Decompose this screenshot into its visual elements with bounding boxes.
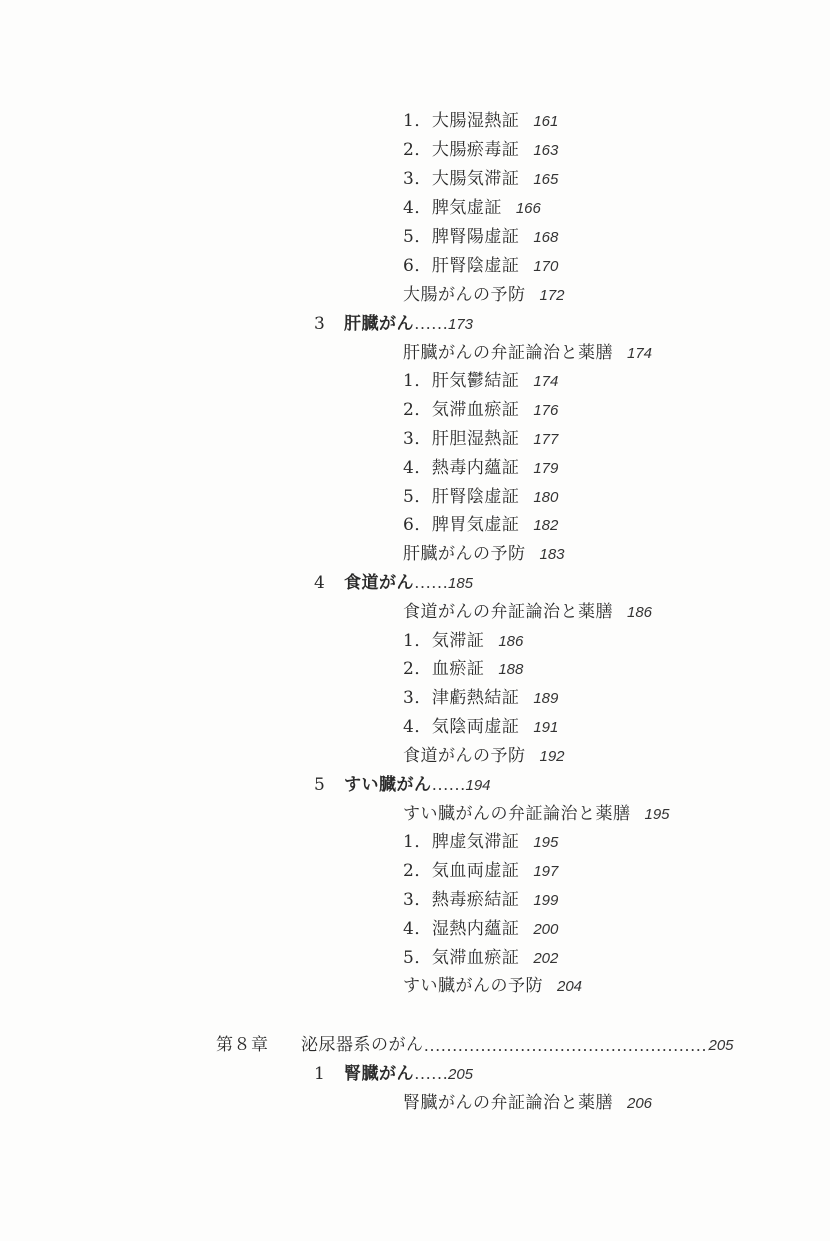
section-title: すい臓がん (344, 774, 432, 796)
page-number: 185 (448, 575, 473, 592)
toc-entry[interactable]: 4．湿熱内蘊証200 (403, 918, 558, 941)
entry-title: 4．気陰両虚証 (403, 716, 519, 738)
entry-title: 4．熱毒内蘊証 (403, 457, 519, 479)
toc-section-esophageal-cancer[interactable]: 4食道がん……185 (314, 572, 473, 595)
toc-entry[interactable]: 3．津虧熱結証189 (403, 687, 558, 710)
entry-title: 2．気血両虚証 (403, 860, 519, 882)
toc-entry[interactable]: 肝臓がんの予防183 (403, 543, 565, 566)
section-number: 1 (314, 1063, 344, 1085)
entry-title: 5．気滞血瘀証 (403, 947, 519, 969)
entry-title: 肝臓がんの弁証論治と薬膳 (403, 342, 613, 364)
entry-title: 食道がんの予防 (403, 745, 526, 767)
toc-entry[interactable]: 1．肝気鬱結証174 (403, 370, 558, 393)
page-number: 195 (645, 806, 670, 823)
page-number: 186 (627, 604, 652, 621)
page-number: 204 (557, 978, 582, 995)
page-number: 183 (540, 546, 565, 563)
toc-page: 1．大腸湿熱証161 2．大腸瘀毒証163 3．大腸気滞証165 4．脾気虚証1… (0, 0, 830, 1241)
page-number: 179 (533, 460, 558, 477)
entry-title: 6．肝腎陰虚証 (403, 255, 519, 277)
toc-entry[interactable]: 食道がんの弁証論治と薬膳186 (403, 601, 652, 624)
toc-entry[interactable]: 6．肝腎陰虚証170 (403, 255, 558, 278)
entry-title: 3．肝胆湿熱証 (403, 428, 519, 450)
entry-title: 1．脾虚気滞証 (403, 831, 519, 853)
entry-title: 5．脾腎陽虚証 (403, 226, 519, 248)
entry-title: 大腸がんの予防 (403, 284, 526, 306)
toc-entry[interactable]: 1．脾虚気滞証195 (403, 831, 558, 854)
page-number: 172 (540, 287, 565, 304)
entry-title: 1．肝気鬱結証 (403, 370, 519, 392)
section-number: 4 (314, 572, 344, 594)
page-number: 205 (448, 1066, 473, 1083)
toc-entry[interactable]: 2．気血両虚証197 (403, 860, 558, 883)
page-number: 170 (533, 258, 558, 275)
entry-title: 4．脾気虚証 (403, 197, 502, 219)
page-number: 188 (498, 661, 523, 678)
toc-entry[interactable]: 5．気滞血瘀証202 (403, 947, 558, 970)
toc-entry[interactable]: 2．血瘀証188 (403, 658, 523, 681)
section-title: 腎臓がん (344, 1063, 414, 1085)
entry-title: 6．脾胃気虚証 (403, 514, 519, 536)
page-number: 177 (533, 431, 558, 448)
toc-entry[interactable]: 2．大腸瘀毒証163 (403, 139, 558, 162)
leader-dots: …… (414, 1064, 448, 1083)
page-number: 191 (533, 719, 558, 736)
toc-entry[interactable]: すい臓がんの予防204 (403, 975, 582, 998)
page-number: 174 (533, 373, 558, 390)
entry-title: すい臓がんの予防 (403, 975, 543, 997)
page-number: 161 (533, 113, 558, 130)
chapter-label: 第８章 (216, 1034, 301, 1056)
page-number: 168 (533, 229, 558, 246)
toc-entry[interactable]: 大腸がんの予防172 (403, 284, 565, 307)
page-number: 189 (533, 690, 558, 707)
toc-entry[interactable]: 4．気陰両虚証191 (403, 716, 558, 739)
entry-title: 食道がんの弁証論治と薬膳 (403, 601, 613, 623)
page-number: 194 (466, 777, 491, 794)
leader-dots: …… (414, 573, 448, 592)
page-number: 174 (627, 345, 652, 362)
toc-entry[interactable]: 1．気滞証186 (403, 630, 523, 653)
toc-entry[interactable]: 5．脾腎陽虚証168 (403, 226, 558, 249)
toc-entry[interactable]: 食道がんの予防192 (403, 745, 565, 768)
toc-section-pancreatic-cancer[interactable]: 5すい臓がん……194 (314, 774, 491, 797)
page-number: 165 (533, 171, 558, 188)
page-number: 202 (533, 950, 558, 967)
page-number: 173 (448, 316, 473, 333)
page-number: 205 (709, 1037, 734, 1054)
section-title: 食道がん (344, 572, 414, 594)
toc-entry[interactable]: 5．肝腎陰虚証180 (403, 486, 558, 509)
entry-title: 腎臓がんの弁証論治と薬膳 (403, 1092, 613, 1114)
entry-title: 1．大腸湿熱証 (403, 110, 519, 132)
section-number: 3 (314, 313, 344, 335)
toc-entry[interactable]: すい臓がんの弁証論治と薬膳195 (403, 803, 670, 826)
section-number: 5 (314, 774, 344, 796)
entry-title: 肝臓がんの予防 (403, 543, 526, 565)
page-number: 192 (540, 748, 565, 765)
page-number: 166 (516, 200, 541, 217)
page-number: 182 (533, 517, 558, 534)
toc-entry[interactable]: 1．大腸湿熱証161 (403, 110, 558, 133)
toc-entry[interactable]: 肝臓がんの弁証論治と薬膳174 (403, 342, 652, 365)
toc-entry[interactable]: 4．脾気虚証166 (403, 197, 541, 220)
page-number: 199 (533, 892, 558, 909)
page-number: 195 (533, 834, 558, 851)
leader-dots: …… (414, 314, 448, 333)
entry-title: 3．津虧熱結証 (403, 687, 519, 709)
entry-title: 2．気滞血瘀証 (403, 399, 519, 421)
entry-title: 1．気滞証 (403, 630, 484, 652)
leader-dots: ………………………………………………………… (424, 1035, 709, 1057)
toc-entry[interactable]: 6．脾胃気虚証182 (403, 514, 558, 537)
toc-entry[interactable]: 腎臓がんの弁証論治と薬膳206 (403, 1092, 652, 1115)
page-number: 163 (533, 142, 558, 159)
entry-title: 2．血瘀証 (403, 658, 484, 680)
page-number: 180 (533, 489, 558, 506)
toc-entry[interactable]: 2．気滞血瘀証176 (403, 399, 558, 422)
toc-entry[interactable]: 3．熱毒瘀結証199 (403, 889, 558, 912)
entry-title: すい臓がんの弁証論治と薬膳 (403, 803, 631, 825)
page-number: 197 (533, 863, 558, 880)
leader-dots: …… (432, 775, 466, 794)
toc-entry[interactable]: 4．熱毒内蘊証179 (403, 457, 558, 480)
entry-title: 2．大腸瘀毒証 (403, 139, 519, 161)
entry-title: 3．熱毒瘀結証 (403, 889, 519, 911)
entry-title: 5．肝腎陰虚証 (403, 486, 519, 508)
chapter-title: 泌尿器系のがん (301, 1034, 424, 1056)
entry-title: 3．大腸気滞証 (403, 168, 519, 190)
page-number: 176 (533, 402, 558, 419)
toc-section-liver-cancer[interactable]: 3肝臓がん……173 (314, 313, 473, 336)
toc-chapter-8[interactable]: 第８章泌尿器系のがん…………………………………………………………205 (216, 1034, 734, 1057)
page-number: 186 (498, 633, 523, 650)
page-number: 200 (533, 921, 558, 938)
page-number: 206 (627, 1095, 652, 1112)
section-title: 肝臓がん (344, 313, 414, 335)
toc-entry[interactable]: 3．大腸気滞証165 (403, 168, 558, 191)
toc-section-kidney-cancer[interactable]: 1腎臓がん……205 (314, 1063, 473, 1086)
entry-title: 4．湿熱内蘊証 (403, 918, 519, 940)
toc-entry[interactable]: 3．肝胆湿熱証177 (403, 428, 558, 451)
